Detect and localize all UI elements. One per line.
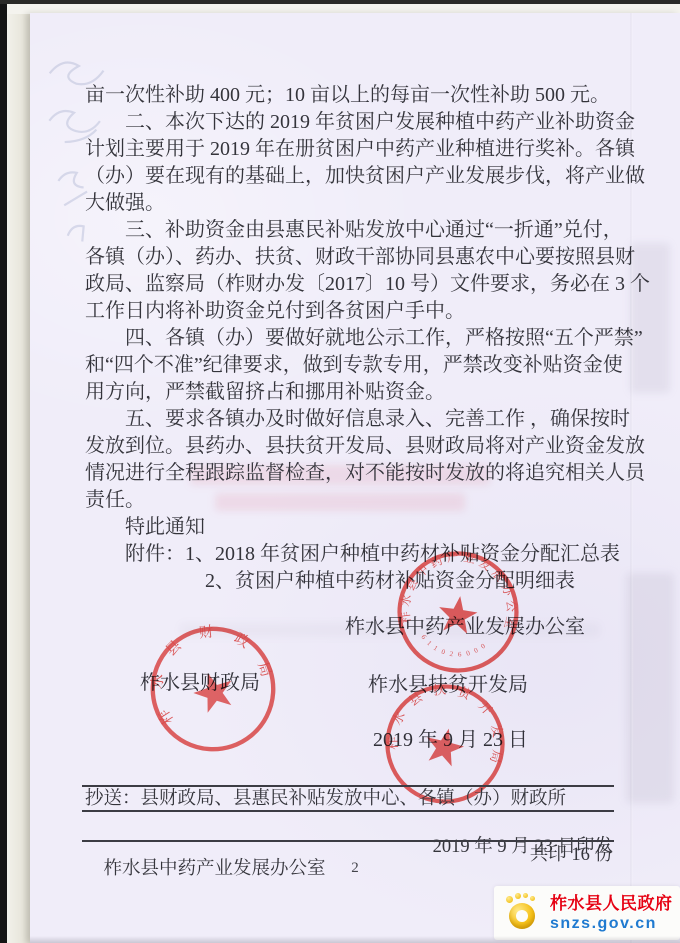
- body-line: 三、补助资金由县惠民补贴发放中心通过“一折通”兑付，: [85, 217, 613, 244]
- official-seal-finance-bureau: 柞水县财政局: [127, 603, 298, 774]
- scanner-edge-left: [0, 0, 7, 943]
- footer-cc-line: 抄送：县财政局、县惠民补贴发放中心、各镇（办）财政所: [85, 788, 613, 810]
- footer-issuer-row: 2019 年 9 月 23 日印发 柞水县中药产业发展办公室: [85, 814, 613, 836]
- page-number: 2: [30, 860, 680, 877]
- footer-rule-middle: [82, 810, 614, 812]
- seal-star-icon: [436, 593, 479, 634]
- official-seal-medicine-office: 柞水县中药产业发展办公室 611026000: [383, 537, 532, 686]
- body-line: 亩一次性补助 400 元；10 亩以上的每亩一次性补助 500 元。: [85, 82, 613, 109]
- footer-rule-bottom: [82, 840, 614, 842]
- body-line: 工作日内将补助资金兑付到各贫困户手中。: [85, 298, 613, 325]
- seal-star-icon: [422, 724, 468, 768]
- body-line: 四、各镇（办）要做好就地公示工作，严格按照“五个严禁”: [85, 325, 613, 352]
- body-line: 发放到位。县药办、县扶贫开发局、县财政局将对产业资金发放: [85, 433, 613, 460]
- scanned-document-page: { "page": { "number": "2" }, "body_lines…: [0, 0, 680, 943]
- body-line: 情况进行全程跟踪监督检查，对不能按时发放的将追究相关人员: [85, 460, 613, 487]
- body-line: 计划主要用于 2019 年在册贫困户中药产业种植进行奖补。各镇: [85, 136, 613, 163]
- body-line: 政局、监察局（柞财办发〔2017〕10 号）文件要求，务必在 3 个: [85, 271, 613, 298]
- body-line: 附件：1、2018 年贫困户种植中药材补贴资金分配汇总表: [85, 541, 613, 568]
- body-line: 和“四个不准”纪律要求，做到专款专用，严禁改变补贴资金使: [85, 352, 613, 379]
- body-line: 用方向，严禁截留挤占和挪用补贴资金。: [85, 379, 613, 406]
- body-line: （办）要在现有的基础上，加快贫困户产业发展步伐，将产业做: [85, 163, 613, 190]
- bleed-through-artifact: [626, 573, 674, 803]
- bleed-through-artifact: [630, 243, 670, 393]
- scanner-margin-left: [7, 0, 32, 943]
- gov-name-text: 柞水县人民政府: [550, 894, 673, 914]
- paw-print-icon: [500, 890, 546, 936]
- seal-star-icon: [189, 667, 238, 715]
- document-body: 亩一次性补助 400 元；10 亩以上的每亩一次性补助 500 元。 二、本次下…: [85, 82, 613, 595]
- body-line: 特此通知: [85, 514, 613, 541]
- body-line: 2、贫困户种植中药材补贴资金分配明细表: [85, 568, 613, 595]
- body-line: 五、要求各镇办及时做好信息录入、完善工作 ，确保按时: [85, 406, 613, 433]
- footer-rule-top: [82, 785, 614, 787]
- body-line: 二、本次下达的 2019 年贫困户发展种植中药产业补助资金: [85, 109, 613, 136]
- body-line: 大做强。: [85, 190, 613, 217]
- body-line: 责任。: [85, 487, 613, 514]
- gov-watermark: 柞水县人民政府 snzs.gov.cn: [494, 886, 680, 940]
- body-line: 各镇（办）、药办、扶贫、财政干部协同县惠农中心要按照县财: [85, 244, 613, 271]
- svg-text:611026000: 611026000: [417, 632, 488, 663]
- gov-url-text: snzs.gov.cn: [550, 914, 673, 933]
- document-paper: 亩一次性补助 400 元；10 亩以上的每亩一次性补助 500 元。 二、本次下…: [30, 13, 680, 943]
